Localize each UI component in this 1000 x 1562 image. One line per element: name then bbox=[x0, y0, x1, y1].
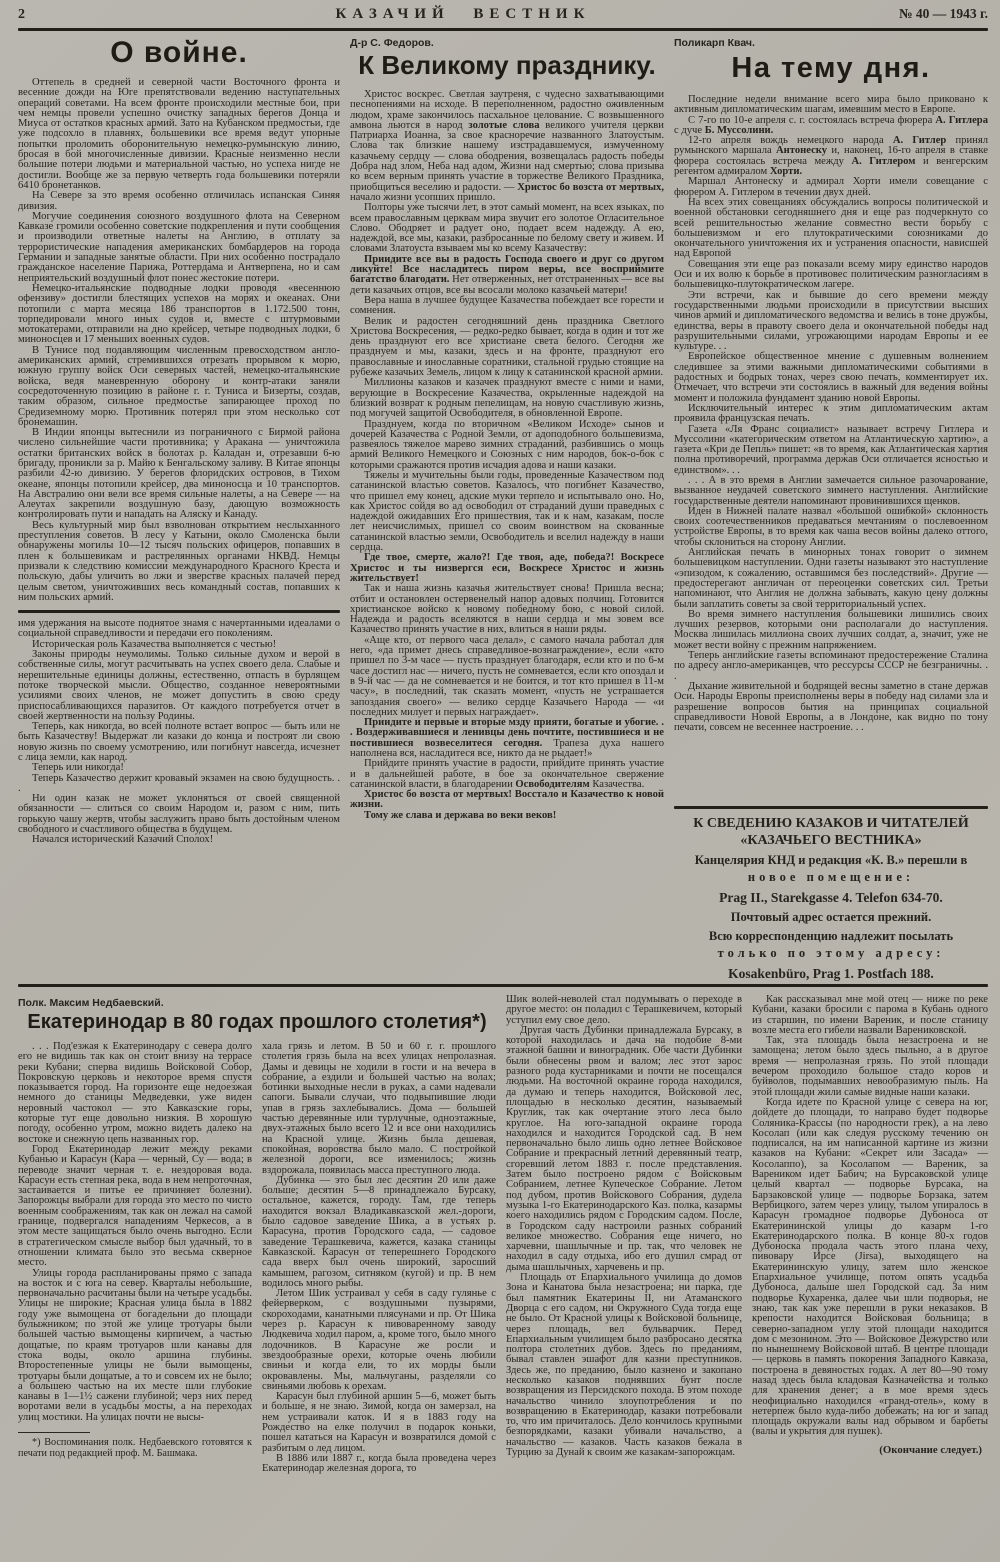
paragraph: Могучие соединения союзного воздушного ф… bbox=[18, 212, 340, 284]
paragraph: Тяжелы и мучительны были годы, проведенн… bbox=[350, 471, 664, 553]
paragraph: На всех этих совещаниях обсуждались вопр… bbox=[674, 198, 988, 260]
page-header: 2 КАЗАЧИЙ ВЕСТНИК № 40 — 1943 г. bbox=[18, 0, 988, 28]
paragraph: Английская печать в минорных тонах говор… bbox=[674, 548, 988, 610]
paragraph: Теперь английские газеты вспоминают пред… bbox=[674, 651, 988, 682]
paragraph: Велик и радостен сегодняшний день праздн… bbox=[350, 317, 664, 379]
header-rule bbox=[18, 28, 988, 31]
paragraph: Оттепель в средней и северной части Вост… bbox=[18, 78, 340, 191]
memoir-col1-body: . . . Под'езжая к Екатеринодару с севера… bbox=[18, 1042, 252, 1423]
article-daytopic-body: Последние недели внимание всего мира был… bbox=[674, 95, 988, 733]
notice-address-postfach: Kosakenbüro, Prag 1. Postfach 188. bbox=[674, 966, 988, 982]
paragraph: Последние недели внимание всего мира был… bbox=[674, 95, 988, 116]
paragraph: Немецко-итальянские подводные лодки пров… bbox=[18, 284, 340, 346]
memoir-left-columns: . . . Под'езжая к Екатеринодару с севера… bbox=[18, 1042, 496, 1542]
paragraph: Площадь от Епархиального училища до домо… bbox=[506, 1273, 742, 1458]
paragraph: Приидите и первые и вторые мзду прияти, … bbox=[350, 718, 664, 759]
notice-line-postal: Почтовый адрес остается прежний. bbox=[674, 910, 988, 925]
memoir-col4-body: Как рассказывал мне мой отец — ниже по р… bbox=[752, 995, 988, 1438]
paragraph: Совещания эти еще раз показали всему мир… bbox=[674, 260, 988, 291]
article-daytopic: Поликарп Квач. На тему дня. Последние не… bbox=[674, 35, 988, 984]
paragraph: Тому же слава и держава во веки веков! bbox=[350, 811, 664, 821]
issue-number: № 40 — 1943 г. bbox=[838, 6, 988, 22]
paragraph: «Аще кто, от первого часа делал», с само… bbox=[350, 636, 664, 718]
notice-line-correspondence: Всю корреспонденцию надлежит посылать bbox=[674, 929, 988, 944]
paragraph: Исключительный интерес к этим дипломатич… bbox=[674, 404, 988, 425]
article-daytopic-byline: Поликарп Квач. bbox=[674, 37, 988, 49]
to-be-continued-note: (Окончание следует.) bbox=[752, 1445, 988, 1455]
footnote: *) Воспоминания полк. Недбаевского готов… bbox=[18, 1438, 252, 1459]
memoir-col4: Как рассказывал мне мой отец — ниже по р… bbox=[752, 995, 988, 1550]
memoir-col1: . . . Под'езжая к Екатеринодару с севера… bbox=[18, 1042, 252, 1542]
paragraph: Христос воскрес. Светлая заутреня, с чуд… bbox=[350, 90, 664, 203]
paragraph: Карасун был глубиной аршин 5—6, может бы… bbox=[262, 1392, 496, 1454]
paragraph: В Индии японцы вытеснили из пограничного… bbox=[18, 428, 340, 521]
paragraph: Христос бо возста от мертвых! Восстало и… bbox=[350, 790, 664, 811]
paragraph: Иден в Нижней палате назвал «большой оши… bbox=[674, 507, 988, 548]
article-holiday-body: Христос воскрес. Светлая заутреня, с чуд… bbox=[350, 90, 664, 821]
paragraph: Теперь Казачество держит кровавый экзаме… bbox=[18, 774, 340, 795]
paragraph: Во время зимнего наступления большевики … bbox=[674, 610, 988, 651]
paragraph: Маршал Антонеску и адмирал Хорти имели с… bbox=[674, 177, 988, 198]
paragraph: Начался исторический Казачий Сполох! bbox=[18, 835, 340, 845]
column-divider-rule bbox=[18, 610, 340, 613]
paragraph: Ни один казак не может уклоняться от сво… bbox=[18, 794, 340, 835]
notice-address-prague: Prag II., Starekgasse 4. Telefon 634-70. bbox=[674, 890, 988, 906]
paragraph: . . . Под'езжая к Екатеринодару с севера… bbox=[18, 1042, 252, 1145]
paragraph: Шик волей-неволей стал подумывать о пере… bbox=[506, 995, 742, 1026]
paragraph: Город Екатеринодар лежит между реками Ку… bbox=[18, 1145, 252, 1269]
paragraph: Как рассказывал мне мой отец — ниже по р… bbox=[752, 995, 988, 1036]
memoir-col3: Шик волей-неволей стал подумывать о пере… bbox=[506, 995, 742, 1550]
article-war-continuation: имя удержания на высоте поднятое знамя с… bbox=[18, 619, 340, 846]
masthead-title: КАЗАЧИЙ ВЕСТНИК bbox=[88, 6, 838, 23]
paragraph: Весь культурный мир был взволнован откры… bbox=[18, 521, 340, 603]
article-war-body: Оттепель в средней и северной части Вост… bbox=[18, 78, 340, 603]
memoir-col2: хала грязь и летом. В 50 и 60 г. г. прош… bbox=[262, 1042, 496, 1542]
paragraph: Когда идете по Красной улице с севера на… bbox=[752, 1098, 988, 1438]
page-number: 2 bbox=[18, 7, 88, 23]
paragraph: В 1886 или 1887 г., когда была проведена… bbox=[262, 1454, 496, 1475]
footnote-rule bbox=[18, 1432, 90, 1433]
notice-title-line2: «КАЗАЧЬЕГО ВЕСТНИКА» bbox=[674, 833, 988, 850]
paragraph: имя удержания на высоте поднятое знамя с… bbox=[18, 619, 340, 640]
article-holiday: Д-р С. Федоров. К Великому празднику. Хр… bbox=[350, 35, 664, 984]
article-holiday-title: К Великому празднику. bbox=[350, 50, 664, 81]
paragraph: Улицы города распланированы прямо с запа… bbox=[18, 1269, 252, 1423]
paragraph: Законы природы неумолимы. Только сильные… bbox=[18, 650, 340, 722]
paragraph: В Тунисе под подавляющим численным прево… bbox=[18, 346, 340, 428]
notice-line-office: Канцелярия КНД и редакция «К. В.» перешл… bbox=[674, 853, 988, 868]
relocation-notice-wrap: К СВЕДЕНИЮ КАЗАКОВ И ЧИТАТЕЛЕЙ «КАЗАЧЬЕГ… bbox=[674, 806, 988, 982]
paragraph: Эти встречи, как и бывшие до сего времен… bbox=[674, 291, 988, 353]
paragraph: Дыхание живительной и бодрящей весны зам… bbox=[674, 682, 988, 733]
paragraph: Полторы уже тысячи лет, в этот самый мом… bbox=[350, 203, 664, 254]
relocation-notice: К СВЕДЕНИЮ КАЗАКОВ И ЧИТАТЕЛЕЙ «КАЗАЧЬЕГ… bbox=[674, 809, 988, 982]
article-holiday-byline: Д-р С. Федоров. bbox=[350, 37, 664, 49]
paragraph: Миллионы казаков и казачек празднуют вме… bbox=[350, 378, 664, 419]
notice-line-new-premises: новое помещение: bbox=[674, 870, 988, 885]
paragraph: На Севере за это время особенно отличила… bbox=[18, 191, 340, 212]
paragraph: С 7-го по 10-е апреля с. г. состоялась в… bbox=[674, 116, 988, 137]
memoir-byline: Полк. Максим Недбаевский. bbox=[18, 997, 496, 1009]
bottom-section: Полк. Максим Недбаевский. Екатеринодар в… bbox=[18, 987, 988, 1550]
paragraph: Теперь, как никогда, во всей полноте вст… bbox=[18, 722, 340, 763]
notice-title-line1: К СВЕДЕНИЮ КАЗАКОВ И ЧИТАТЕЛЕЙ bbox=[674, 816, 988, 833]
article-daytopic-title: На тему дня. bbox=[674, 52, 988, 85]
paragraph: хала грязь и летом. В 50 и 60 г. г. прош… bbox=[262, 1042, 496, 1176]
memoir-title: Екатеринодар в 80 годах прошлого столети… bbox=[18, 1011, 496, 1034]
paragraph: Европейское общественное мнение с душевн… bbox=[674, 352, 988, 403]
notice-line-only-address: только по этому адресу: bbox=[674, 946, 988, 961]
paragraph: Дубинка — это был лес десятин 20 или даж… bbox=[262, 1176, 496, 1289]
paragraph: . . . А в это время в Англии замечается … bbox=[674, 476, 988, 507]
paragraph: Вера наша в лучшее будущее Казачества по… bbox=[350, 296, 664, 317]
paragraph: Так и наша жизнь казачья жительствует сн… bbox=[350, 584, 664, 635]
paragraph: Празднуем, когда по вторичном «Великом И… bbox=[350, 420, 664, 471]
paragraph: Газета «Ля Франс социалист» называет вст… bbox=[674, 425, 988, 476]
paragraph: Летом Шик устраивал у себя в саду гулянь… bbox=[262, 1289, 496, 1392]
paragraph: Где твое, смерте, жало?! Где твоя, аде, … bbox=[350, 553, 664, 584]
article-war: О войне. Оттепель в средней и северной ч… bbox=[18, 35, 340, 984]
paragraph: Так, эта площадь была незастроена и не з… bbox=[752, 1036, 988, 1098]
top-section: О войне. Оттепель в средней и северной ч… bbox=[18, 35, 988, 984]
paragraph: Приидите все вы в радость Господа своего… bbox=[350, 255, 664, 296]
paragraph: Другая часть Дубинки принадлежала Бурсак… bbox=[506, 1026, 742, 1273]
memoir-header-and-columns: Полк. Максим Недбаевский. Екатеринодар в… bbox=[18, 995, 496, 1550]
paragraph: Прийдите принять участие в радости, прий… bbox=[350, 759, 664, 790]
article-war-title: О войне. bbox=[18, 36, 340, 70]
newspaper-page: 2 КАЗАЧИЙ ВЕСТНИК № 40 — 1943 г. О войне… bbox=[0, 0, 1000, 1550]
paragraph: 12-го апреля вождь немецкого народа А. Г… bbox=[674, 136, 988, 177]
